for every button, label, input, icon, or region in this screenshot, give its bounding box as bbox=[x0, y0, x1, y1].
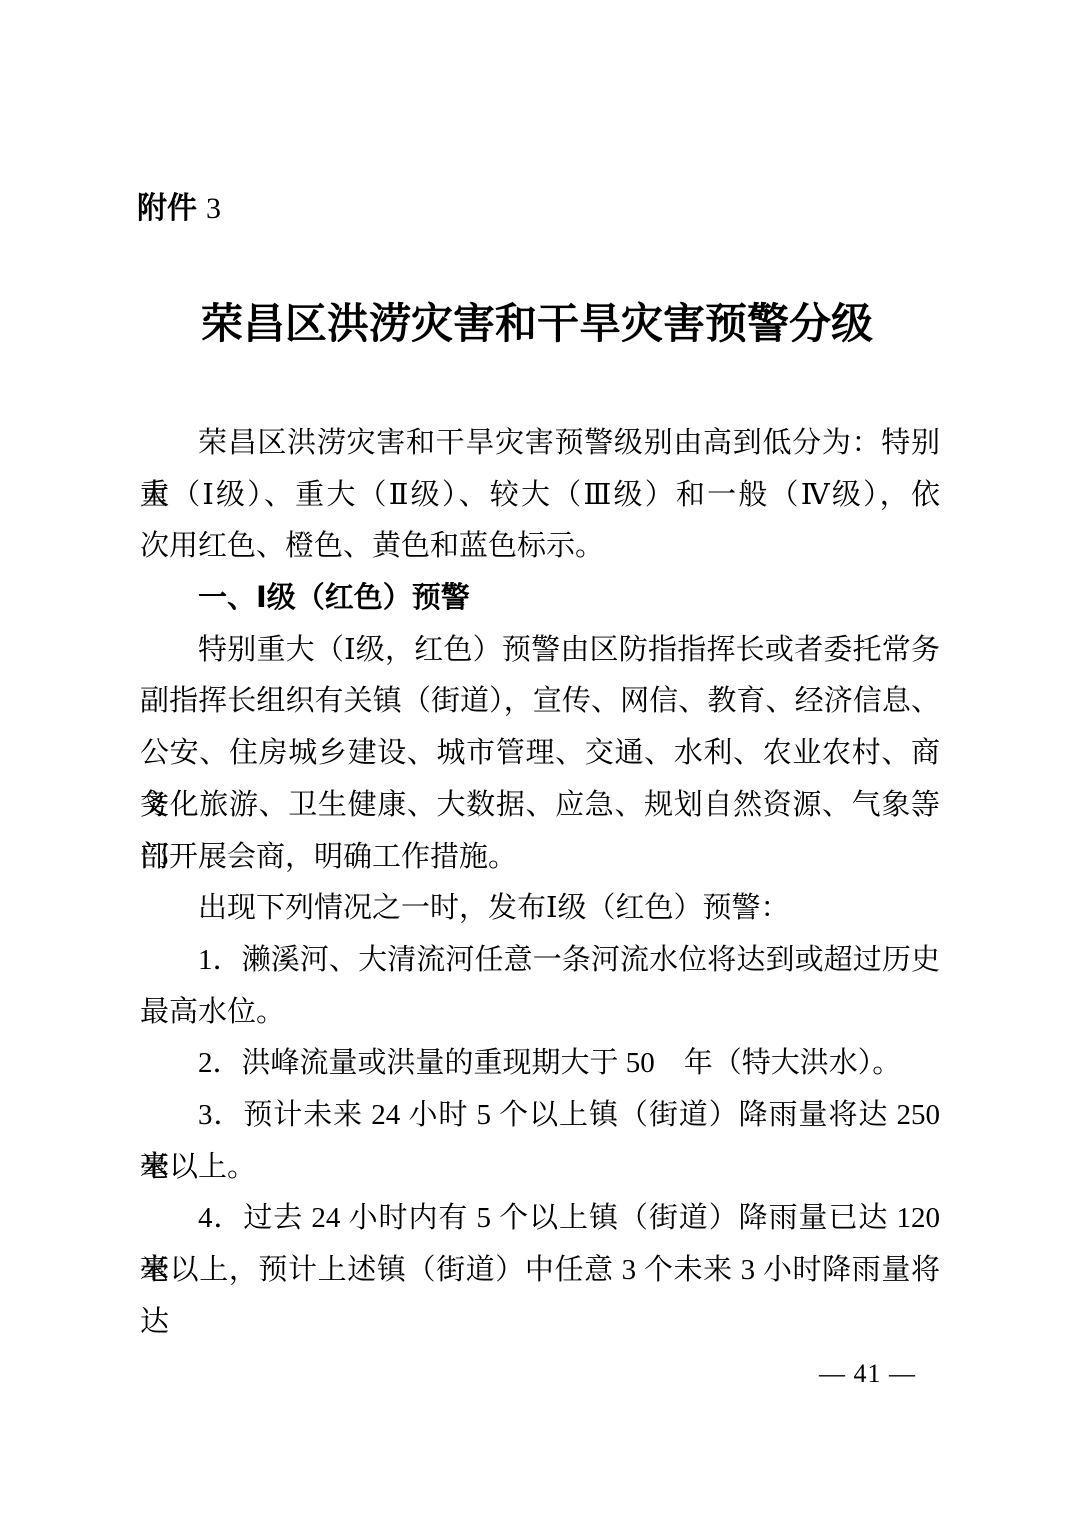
list-item-3-line: 3．预计未来 24 小时 5 个以上镇（街道）降雨量将达 250 毫 bbox=[140, 1090, 940, 1142]
document-title: 荣昌区洪涝灾害和干旱灾害预警分级 bbox=[0, 301, 1074, 349]
attachment-label: 附件3 bbox=[137, 192, 221, 226]
list-item-1-line: 最高水位。 bbox=[140, 987, 940, 1039]
list-item-4-line: 4．过去 24 小时内有 5 个以上镇（街道）降雨量已达 120 毫 bbox=[140, 1193, 940, 1245]
body-line: 特别重大（Ⅰ级，红色）预警由区防指指挥长或者委托常务 bbox=[140, 625, 940, 677]
body-line: 门开展会商，明确工作措施。 bbox=[140, 832, 940, 884]
body-line: 荣昌区洪涝灾害和干旱灾害预警级别由高到低分为：特别重 bbox=[140, 418, 940, 470]
document-body: 荣昌区洪涝灾害和干旱灾害预警级别由高到低分为：特别重 大（Ⅰ级）、重大（Ⅱ级）、… bbox=[140, 418, 940, 1297]
body-line: 文化旅游、卫生健康、大数据、应急、规划自然资源、气象等部 bbox=[140, 780, 940, 832]
list-item-2-line: 2．洪峰流量或洪量的重现期大于 50 年（特大洪水）。 bbox=[140, 1038, 940, 1090]
section-1-heading: 一、Ⅰ级（红色）预警 bbox=[140, 573, 940, 625]
attachment-number: 3 bbox=[206, 192, 221, 225]
list-item-3-line: 米以上。 bbox=[140, 1142, 940, 1194]
document-page: 附件3 荣昌区洪涝灾害和干旱灾害预警分级 荣昌区洪涝灾害和干旱灾害预警级别由高到… bbox=[0, 0, 1074, 1520]
list-item-1-line: 1．濑溪河、大清流河任意一条河流水位将达到或超过历史 bbox=[140, 935, 940, 987]
body-line: 出现下列情况之一时，发布Ⅰ级（红色）预警： bbox=[140, 883, 940, 935]
body-line: 次用红色、橙色、黄色和蓝色标示。 bbox=[140, 521, 940, 573]
attachment-prefix: 附件 bbox=[137, 192, 197, 225]
body-line: 副指挥长组织有关镇（街道），宣传、网信、教育、经济信息、 bbox=[140, 676, 940, 728]
page-number: — 41 — bbox=[819, 1358, 916, 1390]
list-item-4-line: 米以上，预计上述镇（街道）中任意 3 个未来 3 小时降雨量将达 bbox=[140, 1245, 940, 1297]
body-line: 大（Ⅰ级）、重大（Ⅱ级）、较大（Ⅲ级）和一般（Ⅳ级），依 bbox=[140, 470, 940, 522]
body-line: 公安、住房城乡建设、城市管理、交通、水利、农业农村、商务、 bbox=[140, 728, 940, 780]
